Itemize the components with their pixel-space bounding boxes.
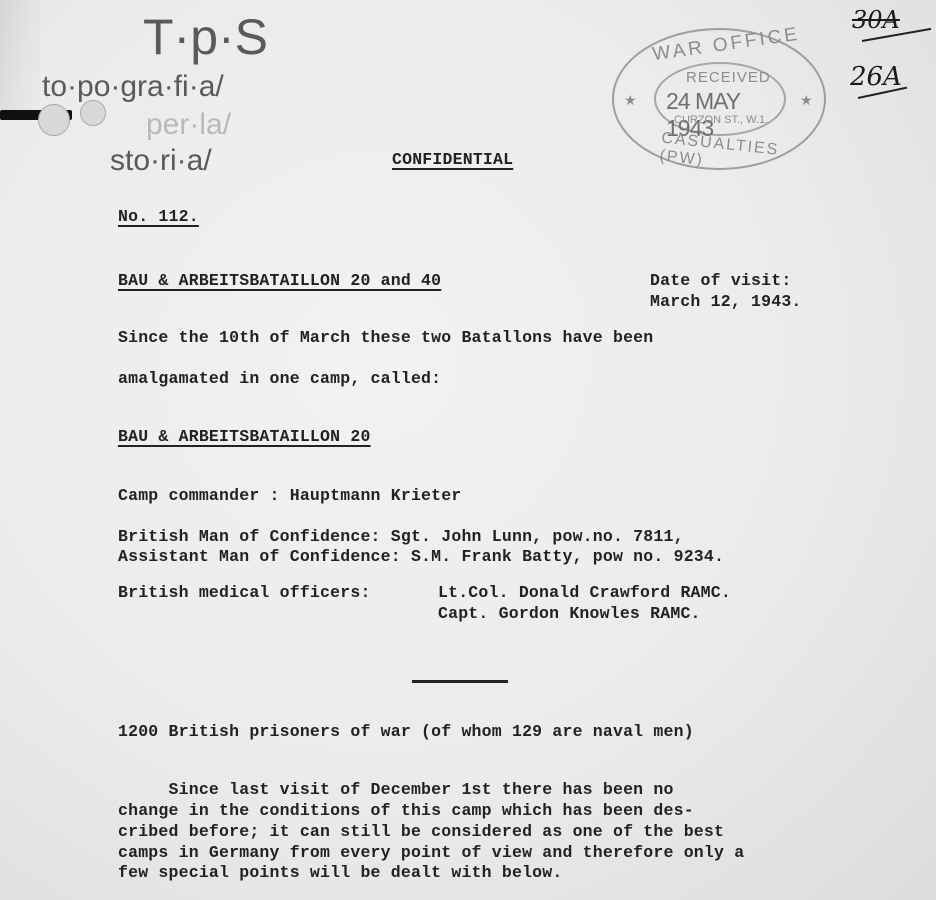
paragraph-line-1: Since last visit of December 1st there h… (118, 780, 674, 799)
star-icon: ★ (800, 92, 813, 109)
page-corner-fold (0, 0, 40, 120)
star-icon: ★ (624, 92, 637, 109)
paragraph-line-5: few special points will be dealt with be… (118, 863, 562, 882)
logo-line-3: sto·ri·a/ (110, 144, 212, 178)
paragraph-line-4: camps in Germany from every point of vie… (118, 843, 744, 862)
date-label: Date of visit: (650, 271, 791, 290)
section-divider (412, 680, 508, 683)
stamp-top-text: WAR OFFICE (651, 24, 801, 66)
classification-heading: CONFIDENTIAL (392, 150, 513, 169)
punch-hole (38, 104, 70, 136)
report-number: No. 112. (118, 207, 199, 226)
intro-line-2: amalgamated in one camp, called: (118, 369, 441, 388)
logo-line-1: to·po·gra·fi·a/ (42, 70, 224, 104)
logo-title: T·p·S (143, 8, 268, 66)
stamp-street: CURZON ST., W.1. (674, 114, 768, 126)
stamp-inner-ring: RECEIVED 24 MAY 1943 CURZON ST., W.1. (654, 62, 786, 136)
war-office-stamp: WAR OFFICE ★ ★ RECEIVED 24 MAY 1943 CURZ… (612, 28, 826, 170)
man-of-confidence: British Man of Confidence: Sgt. John Lun… (118, 527, 684, 546)
intro-line-1: Since the 10th of March these two Batall… (118, 328, 653, 347)
assistant-man-of-confidence: Assistant Man of Confidence: S.M. Frank … (118, 547, 724, 566)
handwritten-crossed-reference: 30A (852, 6, 900, 34)
medical-officer-2: Capt. Gordon Knowles RAMC. (438, 604, 701, 623)
report-heading: BAU & ARBEITSBATAILLON 20 and 40 (118, 271, 441, 290)
paragraph-line-2: change in the conditions of this camp wh… (118, 801, 694, 820)
handwritten-reference: 26A (850, 62, 902, 92)
prisoner-count: 1200 British prisoners of war (of whom 1… (118, 722, 694, 741)
date-value: March 12, 1943. (650, 292, 802, 311)
logo-line-2: per·la/ (146, 108, 231, 142)
stamp-bottom-text: CASUALTIES (PW) (659, 130, 826, 183)
stamp-received: RECEIVED (686, 69, 771, 86)
camp-commander: Camp commander : Hauptmann Krieter (118, 486, 461, 505)
camp-name: BAU & ARBEITSBATAILLON 20 (118, 427, 371, 446)
medical-officers-label: British medical officers: (118, 583, 371, 602)
medical-officer-1: Lt.Col. Donald Crawford RAMC. (438, 583, 731, 602)
paragraph-line-3: cribed before; it can still be considere… (118, 822, 724, 841)
